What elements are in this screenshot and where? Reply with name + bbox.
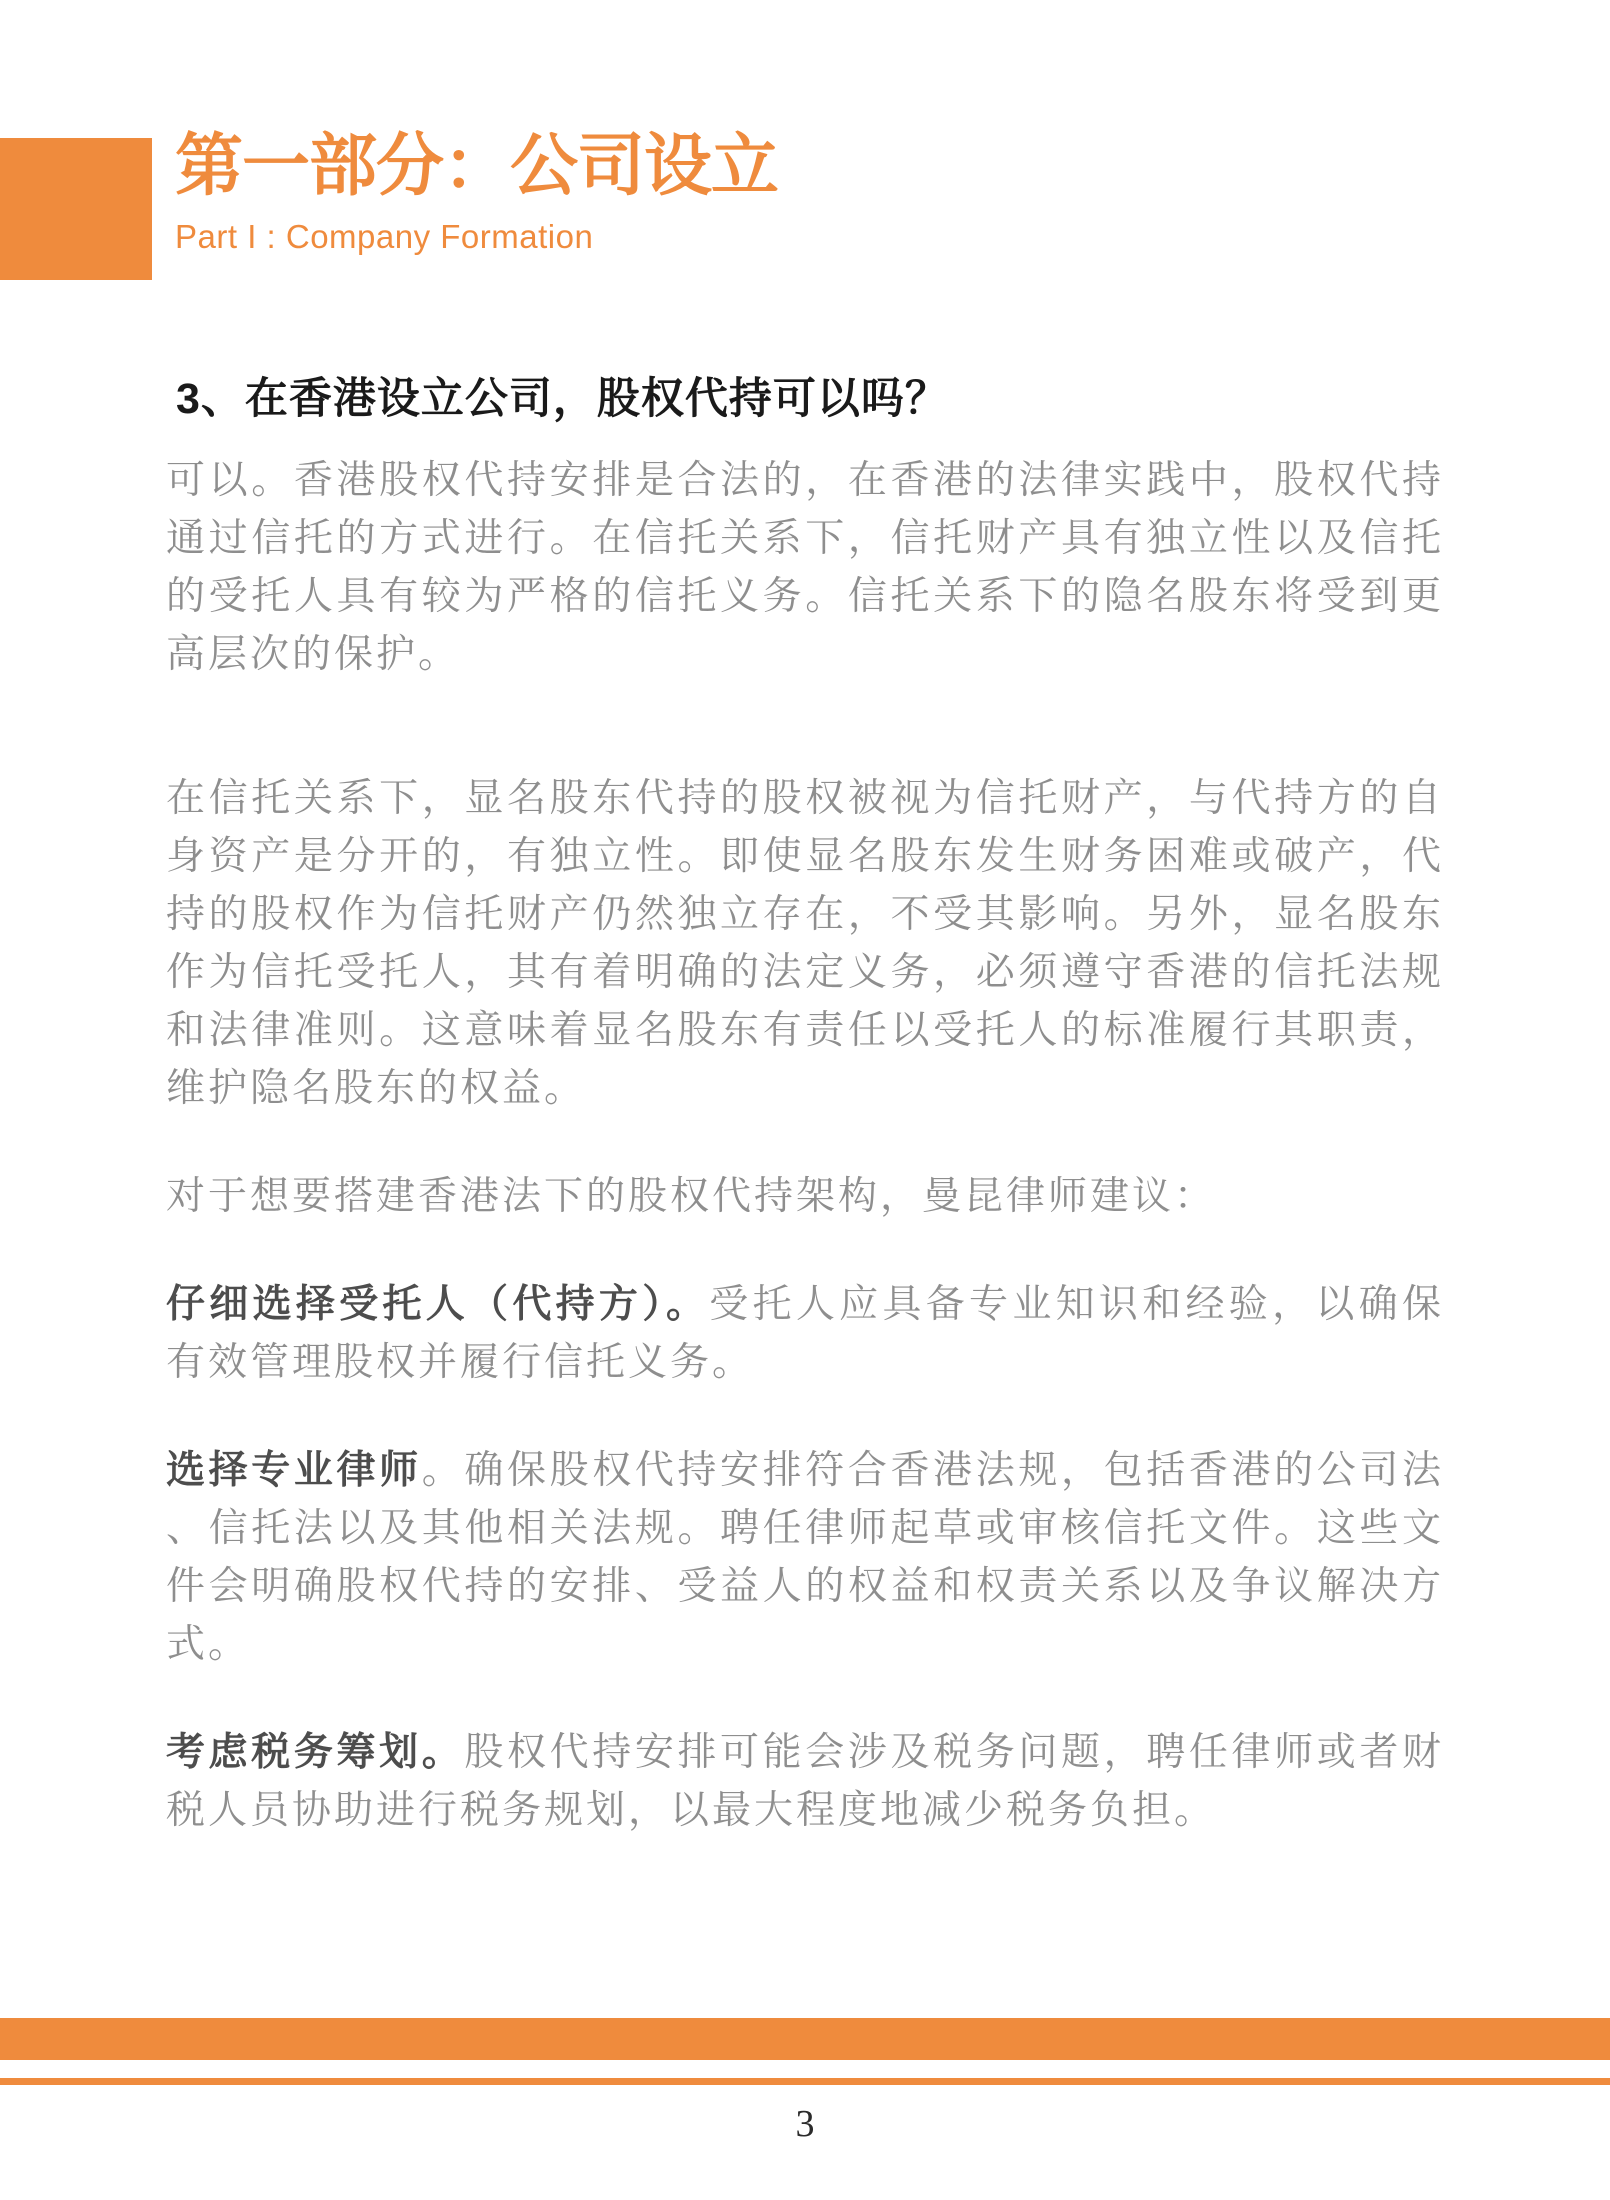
paragraph-lead: 仔细选择受托人（代持方）。 <box>166 1283 709 1326</box>
paragraph: 可以。香港股权代持安排是合法的，在香港的法律实践中，股权代持通过信托的方式进行。… <box>166 452 1444 684</box>
paragraph: 对于想要搭建香港法下的股权代持架构，曼昆律师建议： <box>166 1168 1444 1226</box>
paragraph: 考虑税务筹划。股权代持安排可能会涉及税务问题，聘任律师或者财税人员协助进行税务规… <box>166 1724 1444 1840</box>
paragraph-lead: 选择专业律师 <box>166 1449 422 1492</box>
document-body: 3、在香港设立公司，股权代持可以吗？ 可以。香港股权代持安排是合法的，在香港的法… <box>166 374 1444 1890</box>
page-title: 第一部分：公司设立 <box>175 126 778 208</box>
paragraph-text: 可以。香港股权代持安排是合法的，在香港的法律实践中，股权代持通过信托的方式进行。… <box>166 459 1444 676</box>
footer-bar-thick <box>0 2018 1610 2060</box>
page-subtitle: Part I : Company Formation <box>175 218 778 256</box>
page-number: 3 <box>0 2102 1610 2146</box>
header-accent-square <box>0 138 152 280</box>
paragraph-text: 对于想要搭建香港法下的股权代持架构，曼昆律师建议： <box>166 1175 1216 1218</box>
paragraph-text: 在信托关系下，显名股东代持的股权被视为信托财产，与代持方的自身资产是分开的，有独… <box>166 777 1444 1110</box>
paragraph: 仔细选择受托人（代持方）。受托人应具备专业知识和经验，以确保有效管理股权并履行信… <box>166 1276 1444 1392</box>
paragraph: 选择专业律师。确保股权代持安排符合香港法规，包括香港的公司法、信托法以及其他相关… <box>166 1442 1444 1674</box>
paragraph: 在信托关系下，显名股东代持的股权被视为信托财产，与代持方的自身资产是分开的，有独… <box>166 770 1444 1118</box>
footer-bar-thin <box>0 2078 1610 2085</box>
section-heading: 3、在香港设立公司，股权代持可以吗？ <box>176 374 1444 424</box>
page-header: 第一部分：公司设立 Part I : Company Formation <box>175 126 778 256</box>
paragraph-lead: 考虑税务筹划。 <box>166 1731 464 1774</box>
